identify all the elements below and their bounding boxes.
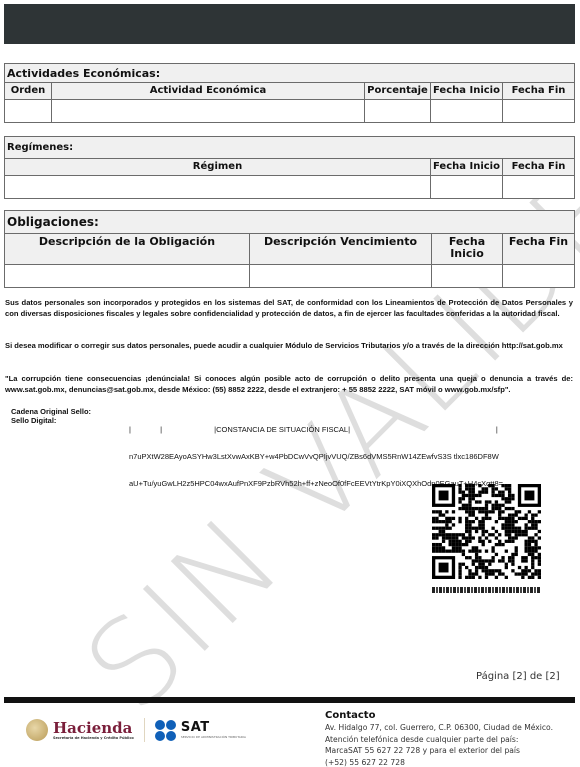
- table-cell: [5, 100, 52, 122]
- table-cell: [365, 100, 431, 122]
- table-cell: [5, 176, 431, 198]
- column-header: Porcentaje: [365, 83, 431, 99]
- corruption-notice: "La corrupción tiene consecuencias ¡denú…: [5, 373, 573, 395]
- column-header: Fecha Inicio: [431, 83, 503, 99]
- contact-line: Atención telefónica desde cualquier part…: [325, 734, 553, 746]
- column-header: Descripción Vencimiento: [250, 234, 432, 264]
- cadena-original-label: Cadena Original Sello:: [11, 407, 91, 416]
- contact-line: (+52) 55 627 22 728: [325, 757, 553, 767]
- hacienda-name: Hacienda: [53, 720, 134, 736]
- regimenes-table: Regímenes: Régimen Fecha Inicio Fecha Fi…: [4, 136, 575, 199]
- table-cell: [431, 176, 503, 198]
- hacienda-logo: Hacienda Secretaría de Hacienda y Crédit…: [53, 720, 134, 740]
- sat-subtitle: SERVICIO DE ADMINISTRACIÓN TRIBUTARIA: [181, 735, 246, 739]
- actividades-table: Actividades Económicas: Orden Actividad …: [4, 63, 575, 123]
- footer-divider: [4, 697, 575, 703]
- table-cell: [5, 265, 250, 287]
- contact-title: Contacto: [325, 709, 553, 722]
- column-header: Fecha Fin: [503, 234, 574, 264]
- modify-data-notice: Si desea modificar o corregir sus datos …: [5, 340, 573, 351]
- column-header: Orden: [5, 83, 52, 99]
- hacienda-subtitle: Secretaría de Hacienda y Crédito Público: [53, 736, 134, 740]
- table-cell: [250, 265, 432, 287]
- column-header: Actividad Económica: [52, 83, 365, 99]
- contact-block: Contacto Av. Hidalgo 77, col. Guerrero, …: [325, 709, 553, 767]
- table-row: [5, 176, 574, 198]
- table-header-row: Descripción de la Obligación Descripción…: [5, 234, 574, 265]
- table-header-row: Orden Actividad Económica Porcentaje Fec…: [5, 83, 574, 100]
- sat-logo: SAT SERVICIO DE ADMINISTRACIÓN TRIBUTARI…: [181, 721, 246, 739]
- section-title: Actividades Económicas:: [5, 64, 574, 83]
- sat-logo-icon: [155, 720, 176, 741]
- obligaciones-table: Obligaciones: Descripción de la Obligaci…: [4, 210, 575, 288]
- column-header: Fecha Fin: [503, 159, 574, 175]
- page-number: Página [2] de [2]: [476, 671, 560, 682]
- column-header: Descripción de la Obligación: [5, 234, 250, 264]
- table-cell: [503, 176, 574, 198]
- section-title: Regímenes:: [5, 137, 574, 159]
- contact-line: Av. Hidalgo 77, col. Guerrero, C.P. 0630…: [325, 722, 553, 734]
- privacy-notice: Sus datos personales son incorporados y …: [5, 297, 573, 319]
- logo-divider: [144, 718, 145, 742]
- sat-name: SAT: [181, 721, 246, 735]
- section-title: Obligaciones:: [5, 211, 574, 234]
- qr-caption-barcode: [432, 587, 541, 593]
- column-header: Fecha Inicio: [431, 159, 503, 175]
- sello-digital-line: n7uPXtW28EAyoASYHw3LstXvwAxKBY+w4PbDCwVv…: [129, 452, 549, 461]
- qr-code: [432, 484, 541, 579]
- seal-labels: Cadena Original Sello: Sello Digital:: [11, 407, 91, 425]
- footer-logos: Hacienda Secretaría de Hacienda y Crédit…: [26, 718, 246, 742]
- table-cell: [432, 265, 503, 287]
- column-header: Fecha Fin: [503, 83, 574, 99]
- table-header-row: Régimen Fecha Inicio Fecha Fin: [5, 159, 574, 176]
- sello-digital-label: Sello Digital:: [11, 416, 91, 425]
- national-emblem-icon: [26, 719, 48, 741]
- contact-line: MarcaSAT 55 627 22 728 y para el exterio…: [325, 745, 553, 757]
- table-cell: [503, 265, 574, 287]
- table-row: [5, 100, 574, 122]
- table-row: [5, 265, 574, 287]
- column-header: Régimen: [5, 159, 431, 175]
- table-cell: [431, 100, 503, 122]
- table-cell: [503, 100, 574, 122]
- cadena-original-value: | | |CONSTANCIA DE SITUACIÓN FISCAL| |: [129, 425, 549, 434]
- header-bar: [4, 4, 575, 44]
- column-header: Fecha Inicio: [432, 234, 503, 264]
- table-cell: [52, 100, 365, 122]
